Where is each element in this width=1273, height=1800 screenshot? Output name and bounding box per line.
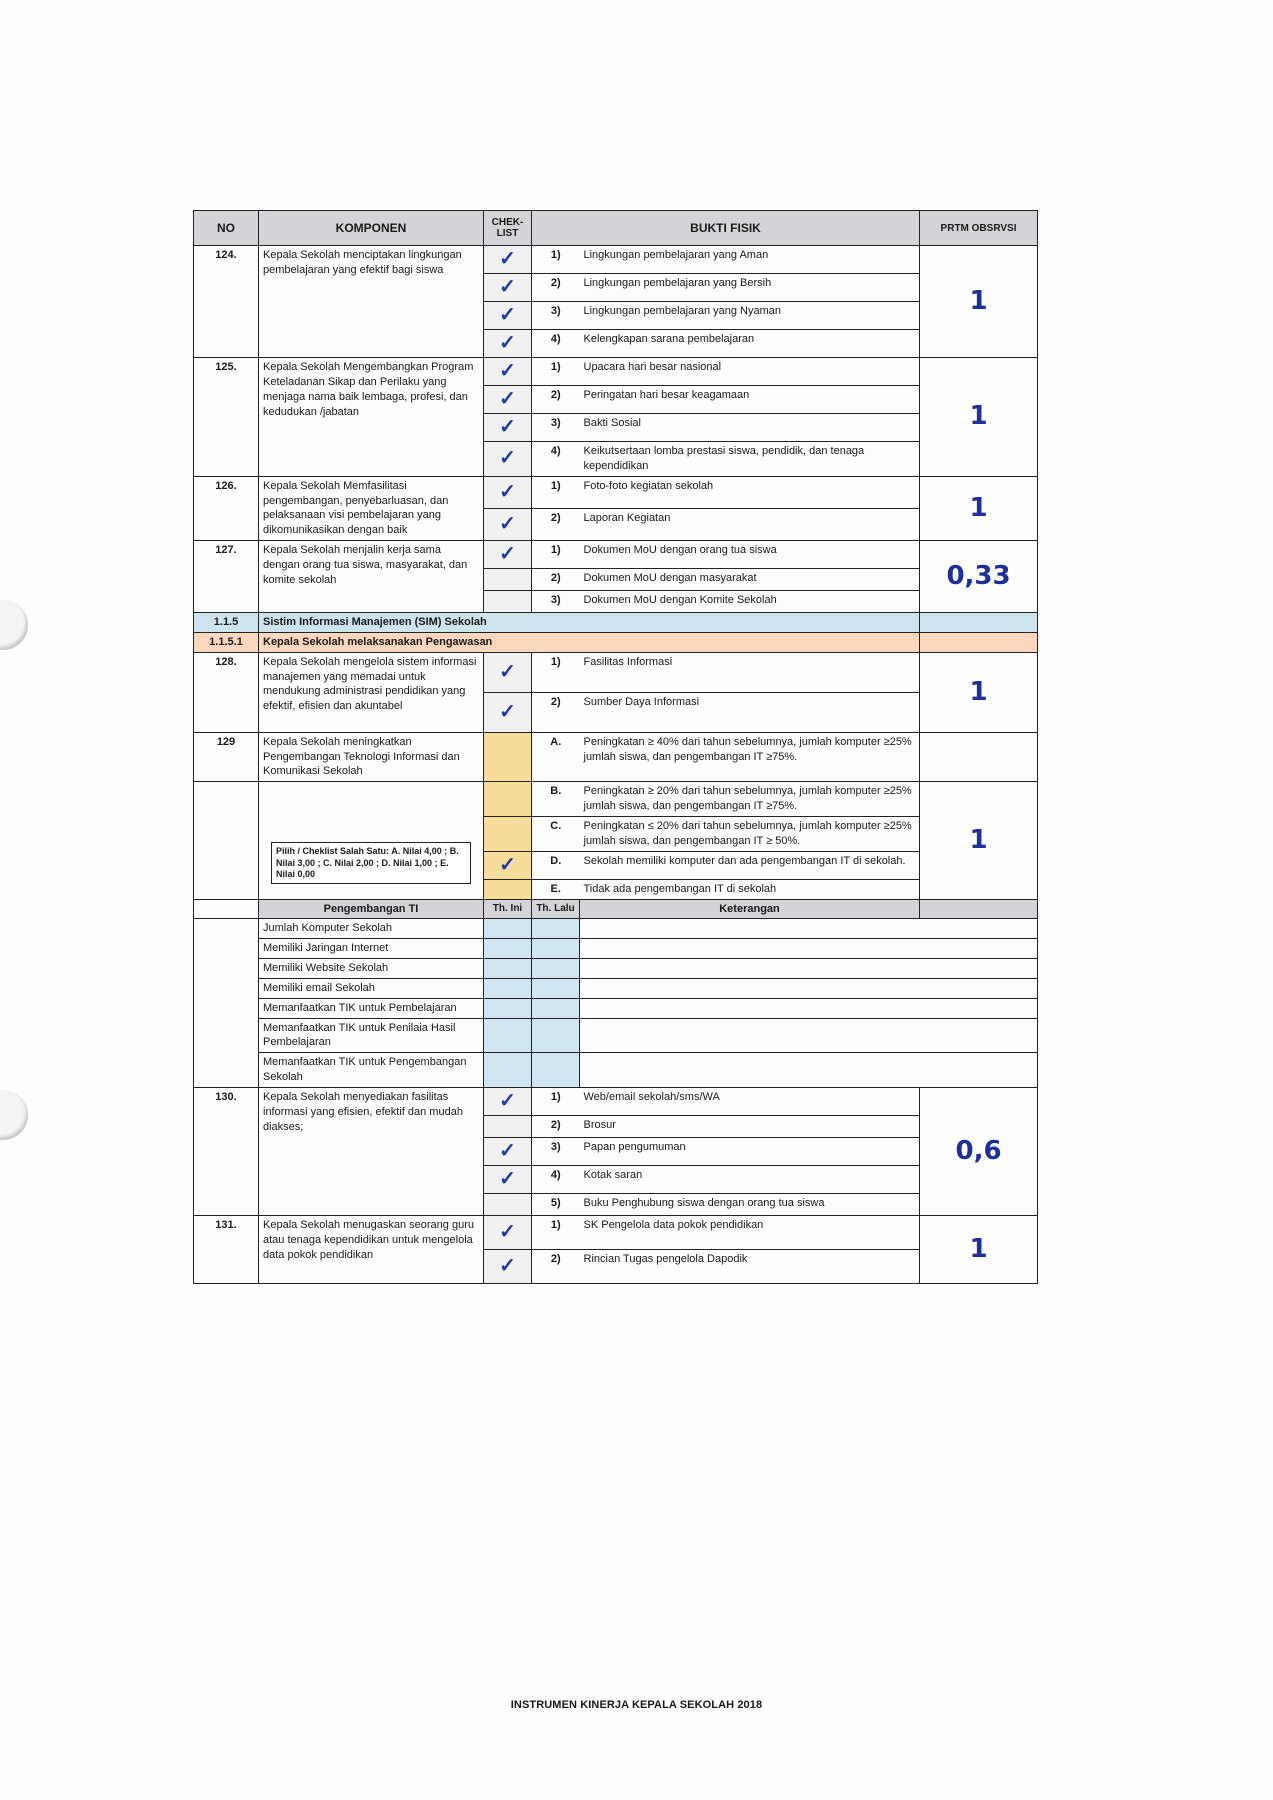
item-number: 130.: [194, 1087, 259, 1215]
page-footer: INSTRUMEN KINERJA KEPALA SEKOLAH 2018: [0, 1699, 1273, 1711]
score-blank: [920, 732, 1038, 782]
evidence-number: 2): [532, 508, 580, 540]
checkbox-cell[interactable]: ✓: [484, 541, 532, 569]
check-mark-icon: ✓: [499, 388, 516, 410]
evidence-number: 1): [532, 541, 580, 569]
ti-keterangan-input[interactable]: [580, 978, 1038, 998]
option-letter: E.: [532, 879, 580, 899]
ti-keterangan-input[interactable]: [580, 919, 1038, 939]
evidence-number: 3): [532, 591, 580, 613]
checkbox-cell[interactable]: ✓: [484, 330, 532, 358]
checkbox-cell[interactable]: [484, 591, 532, 613]
evidence-number: 2): [532, 1249, 580, 1283]
scoring-note: Pilih / Cheklist Salah Satu: A. Nilai 4,…: [271, 842, 471, 884]
option-checkbox[interactable]: [484, 732, 532, 782]
evidence-number: 2): [532, 1115, 580, 1137]
ti-th-ini-input[interactable]: [484, 919, 532, 939]
check-mark-icon: ✓: [499, 661, 516, 683]
check-mark-icon: ✓: [499, 416, 516, 438]
option-checkbox[interactable]: ✓: [484, 851, 532, 879]
checkbox-cell[interactable]: ✓: [484, 1087, 532, 1115]
item-komponen: Kepala Sekolah mengelola sistem informas…: [259, 652, 484, 732]
ti-th-lalu-input[interactable]: [532, 998, 580, 1018]
evidence-number: 1): [532, 246, 580, 274]
item-number: 129: [194, 732, 259, 782]
item-number: 124.: [194, 246, 259, 358]
note-cell: Pilih / Cheklist Salah Satu: A. Nilai 4,…: [259, 782, 484, 899]
evidence-text: Sumber Daya Informasi: [580, 692, 920, 732]
ti-blank: [194, 919, 259, 1088]
ti-row: Memanfaatkan TIK untuk Penilaia Hasil Pe…: [194, 1018, 1038, 1053]
ti-row: Memiliki Jaringan Internet: [194, 939, 1038, 959]
checkbox-cell[interactable]: ✓: [484, 476, 532, 508]
check-mark-icon: ✓: [499, 513, 516, 535]
evidence-text: Dokumen MoU dengan masyarakat: [580, 569, 920, 591]
evidence-text: Rincian Tugas pengelola Dapodik: [580, 1249, 920, 1283]
header-prtm-obsrvsi: PRTM OBSRVSI: [920, 211, 1038, 246]
checkbox-cell[interactable]: ✓: [484, 358, 532, 386]
option-text: Peningkatan ≥ 40% dari tahun sebelumnya,…: [580, 732, 920, 782]
table-row: 130.Kepala Sekolah menyediakan fasilitas…: [194, 1087, 1038, 1115]
table-row: 128.Kepala Sekolah mengelola sistem info…: [194, 652, 1038, 692]
table-row: 125.Kepala Sekolah Mengembangkan Program…: [194, 358, 1038, 386]
option-row: 129Kepala Sekolah meningkatkan Pengemban…: [194, 732, 1038, 782]
evidence-number: 3): [532, 302, 580, 330]
item-number: 125.: [194, 358, 259, 477]
checkbox-cell[interactable]: [484, 1193, 532, 1215]
ti-th-lalu-input[interactable]: [532, 959, 580, 979]
ti-keterangan-input[interactable]: [580, 939, 1038, 959]
checkbox-cell[interactable]: [484, 1115, 532, 1137]
observation-score: 1: [920, 476, 1038, 540]
section-code: 1.1.5: [194, 613, 259, 633]
evidence-text: Brosur: [580, 1115, 920, 1137]
check-mark-icon: ✓: [499, 447, 516, 469]
section-blank: [920, 632, 1038, 652]
check-mark-icon: ✓: [499, 1090, 516, 1112]
item-number: 131.: [194, 1215, 259, 1283]
item-komponen: Kepala Sekolah menciptakan lingkungan pe…: [259, 246, 484, 358]
evidence-text: Papan pengumuman: [580, 1137, 920, 1165]
ti-keterangan-input[interactable]: [580, 1053, 1038, 1088]
check-mark-icon: ✓: [499, 1221, 516, 1243]
observation-score: 1: [920, 1215, 1038, 1283]
evidence-number: 4): [532, 1165, 580, 1193]
evidence-number: 2): [532, 274, 580, 302]
option-text: Peningkatan ≤ 20% dari tahun sebelumnya,…: [580, 816, 920, 851]
evidence-text: Buku Penghubung siswa dengan orang tua s…: [580, 1193, 920, 1215]
check-mark-icon: ✓: [499, 543, 516, 565]
table-row: 126.Kepala Sekolah Memfasilitasi pengemb…: [194, 476, 1038, 508]
check-mark-icon: ✓: [499, 701, 516, 723]
assessment-sheet: NO KOMPONEN CHEK-LIST BUKTI FISIK PRTM O…: [193, 210, 1037, 1284]
check-mark-icon: ✓: [499, 276, 516, 298]
subsection-row: 1.1.5.1Kepala Sekolah melaksanakan Penga…: [194, 632, 1038, 652]
table-row: 127.Kepala Sekolah menjalin kerja sama d…: [194, 541, 1038, 569]
table-row: 124.Kepala Sekolah menciptakan lingkunga…: [194, 246, 1038, 274]
checkbox-cell[interactable]: ✓: [484, 414, 532, 442]
checkbox-cell[interactable]: ✓: [484, 692, 532, 732]
observation-score: 1: [920, 358, 1038, 477]
check-mark-icon: ✓: [499, 304, 516, 326]
ti-th-lalu-input[interactable]: [532, 1018, 580, 1053]
table-body: 124.Kepala Sekolah menciptakan lingkunga…: [194, 246, 1038, 1284]
evidence-text: Lingkungan pembelajaran yang Nyaman: [580, 302, 920, 330]
checkbox-cell[interactable]: ✓: [484, 508, 532, 540]
option-text: Sekolah memiliki komputer dan ada pengem…: [580, 851, 920, 879]
option-letter: B.: [532, 782, 580, 817]
option-letter: D.: [532, 851, 580, 879]
ti-blank: [194, 899, 259, 919]
ti-header-blank: [920, 899, 1038, 919]
ti-th-ini-input[interactable]: [484, 1018, 532, 1053]
check-mark-icon: ✓: [499, 854, 516, 876]
ti-row: Memanfaatkan TIK untuk Pembelajaran: [194, 998, 1038, 1018]
punch-hole: [0, 1090, 28, 1140]
option-checkbox[interactable]: [484, 816, 532, 851]
evidence-number: 1): [532, 476, 580, 508]
ti-th-ini-input[interactable]: [484, 998, 532, 1018]
check-mark-icon: ✓: [499, 248, 516, 270]
option-text: Tidak ada pengembangan IT di sekolah: [580, 879, 920, 899]
section-title: Sistim Informasi Manajemen (SIM) Sekolah: [259, 613, 920, 633]
ti-item-label: Memanfaatkan TIK untuk Pengembangan Seko…: [259, 1053, 484, 1088]
evidence-number: 1): [532, 1215, 580, 1249]
check-mark-icon: ✓: [499, 360, 516, 382]
ti-row: Memiliki Website Sekolah: [194, 959, 1038, 979]
evidence-text: Keikutsertaan lomba prestasi siswa, pend…: [580, 442, 920, 477]
option-letter: A.: [532, 732, 580, 782]
evidence-text: Kelengkapan sarana pembelajaran: [580, 330, 920, 358]
ti-row: Jumlah Komputer Sekolah: [194, 919, 1038, 939]
header-no: NO: [194, 211, 259, 246]
ti-item-label: Memiliki Jaringan Internet: [259, 939, 484, 959]
ti-th-lalu-input[interactable]: [532, 919, 580, 939]
item-number-blank: [194, 782, 259, 899]
evidence-text: Lingkungan pembelajaran yang Bersih: [580, 274, 920, 302]
check-mark-icon: ✓: [499, 481, 516, 503]
checkbox-cell[interactable]: ✓: [484, 1249, 532, 1283]
evidence-text: Kotak saran: [580, 1165, 920, 1193]
evidence-number: 3): [532, 414, 580, 442]
observation-score: 0,6: [920, 1087, 1038, 1215]
checkbox-cell[interactable]: ✓: [484, 1215, 532, 1249]
check-mark-icon: ✓: [499, 1168, 516, 1190]
observation-score: 1: [920, 652, 1038, 732]
item-komponen: Kepala Sekolah Mengembangkan Program Ket…: [259, 358, 484, 477]
ti-th-ini-input[interactable]: [484, 959, 532, 979]
evidence-text: Laporan Kegiatan: [580, 508, 920, 540]
evidence-text: Fasilitas Informasi: [580, 652, 920, 692]
evidence-text: Bakti Sosial: [580, 414, 920, 442]
option-checkbox[interactable]: [484, 782, 532, 817]
evidence-text: Lingkungan pembelajaran yang Aman: [580, 246, 920, 274]
ti-header-item: Pengembangan TI: [259, 899, 484, 919]
section-code: 1.1.5.1: [194, 632, 259, 652]
observation-score: 1: [920, 246, 1038, 358]
check-mark-icon: ✓: [499, 332, 516, 354]
evidence-text: Peringatan hari besar keagamaan: [580, 386, 920, 414]
evidence-text: Web/email sekolah/sms/WA: [580, 1087, 920, 1115]
ti-th-lalu-input[interactable]: [532, 939, 580, 959]
ti-th-ini-input[interactable]: [484, 978, 532, 998]
ti-header-th-lalu: Th. Lalu: [532, 899, 580, 919]
checkbox-cell[interactable]: ✓: [484, 1165, 532, 1193]
header-komponen: KOMPONEN: [259, 211, 484, 246]
ti-th-lalu-input[interactable]: [532, 1053, 580, 1088]
evidence-number: 2): [532, 692, 580, 732]
ti-item-label: Memanfaatkan TIK untuk Pembelajaran: [259, 998, 484, 1018]
checkbox-cell[interactable]: ✓: [484, 442, 532, 477]
ti-th-ini-input[interactable]: [484, 939, 532, 959]
option-text: Peningkatan ≥ 20% dari tahun sebelumnya,…: [580, 782, 920, 817]
item-number: 128.: [194, 652, 259, 732]
evidence-number: 4): [532, 330, 580, 358]
evidence-number: 4): [532, 442, 580, 477]
ti-keterangan-input[interactable]: [580, 1018, 1038, 1053]
item-komponen: Kepala Sekolah menugaskan seorang guru a…: [259, 1215, 484, 1283]
ti-header-row: Pengembangan TITh. IniTh. LaluKeterangan: [194, 899, 1038, 919]
ti-item-label: Memiliki email Sekolah: [259, 978, 484, 998]
assessment-table: NO KOMPONEN CHEK-LIST BUKTI FISIK PRTM O…: [193, 210, 1038, 1284]
check-mark-icon: ✓: [499, 1140, 516, 1162]
item-komponen: Kepala Sekolah menyediakan fasilitas inf…: [259, 1087, 484, 1215]
header-checklist: CHEK-LIST: [484, 211, 532, 246]
evidence-number: 3): [532, 1137, 580, 1165]
punch-hole: [0, 600, 28, 650]
checkbox-cell[interactable]: [484, 569, 532, 591]
evidence-number: 1): [532, 652, 580, 692]
ti-th-ini-input[interactable]: [484, 1053, 532, 1088]
checkbox-cell[interactable]: ✓: [484, 246, 532, 274]
checkbox-cell[interactable]: ✓: [484, 302, 532, 330]
table-row: 131.Kepala Sekolah menugaskan seorang gu…: [194, 1215, 1038, 1249]
evidence-number: 2): [532, 386, 580, 414]
check-mark-icon: ✓: [499, 1255, 516, 1277]
ti-header-keterangan: Keterangan: [580, 899, 920, 919]
observation-score: 0,33: [920, 541, 1038, 613]
checkbox-cell[interactable]: ✓: [484, 652, 532, 692]
evidence-text: Upacara hari besar nasional: [580, 358, 920, 386]
item-komponen: Kepala Sekolah meningkatkan Pengembangan…: [259, 732, 484, 782]
ti-keterangan-input[interactable]: [580, 998, 1038, 1018]
item-komponen: Kepala Sekolah Memfasilitasi pengembanga…: [259, 476, 484, 540]
ti-item-label: Jumlah Komputer Sekolah: [259, 919, 484, 939]
header-row: NO KOMPONEN CHEK-LIST BUKTI FISIK PRTM O…: [194, 211, 1038, 246]
checkbox-cell[interactable]: ✓: [484, 274, 532, 302]
section-blank: [920, 613, 1038, 633]
ti-item-label: Memiliki Website Sekolah: [259, 959, 484, 979]
evidence-number: 5): [532, 1193, 580, 1215]
option-letter: C.: [532, 816, 580, 851]
ti-header-th-ini: Th. Ini: [484, 899, 532, 919]
ti-item-label: Memanfaatkan TIK untuk Penilaia Hasil Pe…: [259, 1018, 484, 1053]
ti-keterangan-input[interactable]: [580, 959, 1038, 979]
evidence-text: Foto-foto kegiatan sekolah: [580, 476, 920, 508]
option-checkbox[interactable]: [484, 879, 532, 899]
evidence-number: 1): [532, 1087, 580, 1115]
evidence-number: 2): [532, 569, 580, 591]
ti-row: Memiliki email Sekolah: [194, 978, 1038, 998]
checkbox-cell[interactable]: ✓: [484, 1137, 532, 1165]
evidence-number: 1): [532, 358, 580, 386]
evidence-text: Dokumen MoU dengan orang tua siswa: [580, 541, 920, 569]
evidence-text: Dokumen MoU dengan Komite Sekolah: [580, 591, 920, 613]
observation-score: 1: [920, 782, 1038, 899]
ti-row: Memanfaatkan TIK untuk Pengembangan Seko…: [194, 1053, 1038, 1088]
ti-th-lalu-input[interactable]: [532, 978, 580, 998]
section-title: Kepala Sekolah melaksanakan Pengawasan: [259, 632, 920, 652]
section-row: 1.1.5Sistim Informasi Manajemen (SIM) Se…: [194, 613, 1038, 633]
item-number: 126.: [194, 476, 259, 540]
evidence-text: SK Pengelola data pokok pendidikan: [580, 1215, 920, 1249]
header-bukti-fisik: BUKTI FISIK: [532, 211, 920, 246]
checkbox-cell[interactable]: ✓: [484, 386, 532, 414]
item-number: 127.: [194, 541, 259, 613]
option-row: Pilih / Cheklist Salah Satu: A. Nilai 4,…: [194, 782, 1038, 817]
item-komponen: Kepala Sekolah menjalin kerja sama denga…: [259, 541, 484, 613]
